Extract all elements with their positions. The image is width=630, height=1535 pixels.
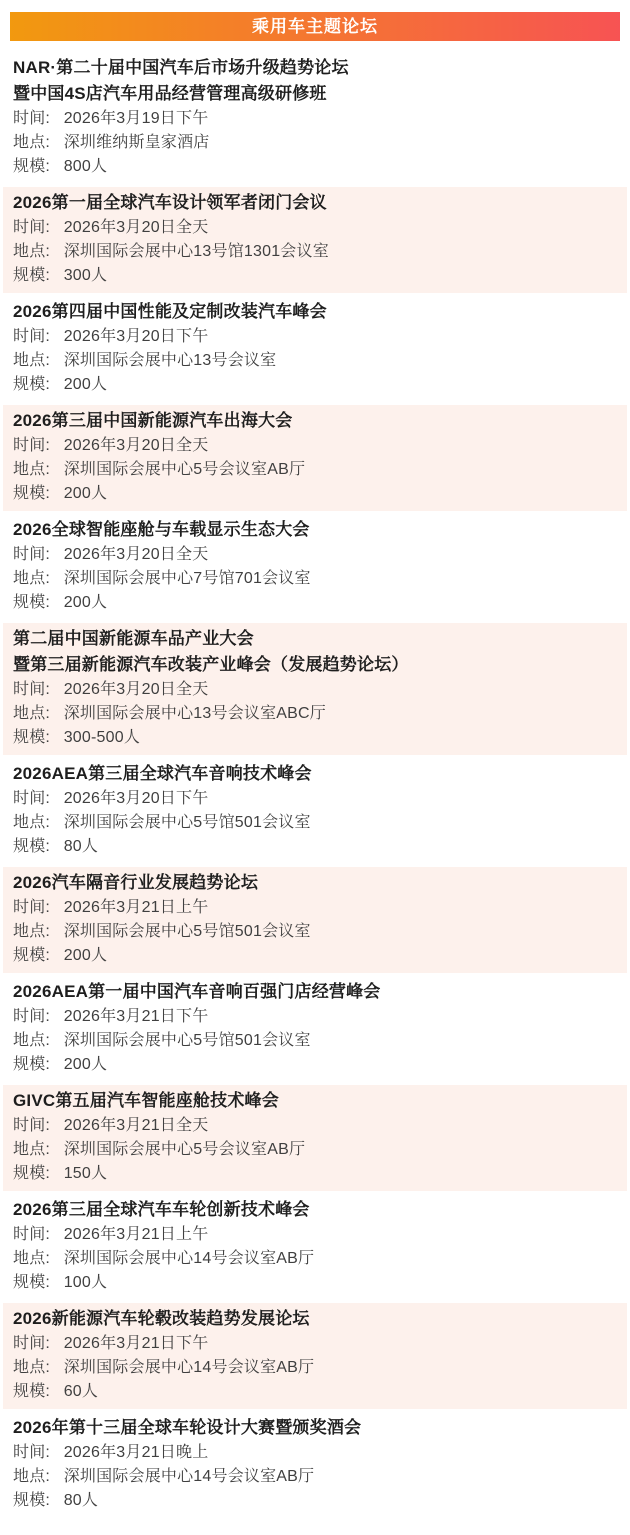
event-scale-row: 规模: 200人 xyxy=(13,482,617,506)
event-title-line: 2026第四届中国性能及定制改装汽车峰会 xyxy=(13,299,617,325)
event-location-row: 地点: 深圳国际会展中心13号馆1301会议室 xyxy=(13,240,617,264)
event-location-row: 地点: 深圳国际会展中心14号会议室AB厅 xyxy=(13,1465,617,1489)
location-label: 地点: xyxy=(13,1141,50,1158)
time-label: 时间: xyxy=(13,219,50,236)
event-location-row: 地点: 深圳国际会展中心14号会议室AB厅 xyxy=(13,1247,617,1271)
location-value: 深圳国际会展中心5号会议室AB厅 xyxy=(64,461,305,478)
event-time-row: 时间: 2026年3月19日下午 xyxy=(13,107,617,131)
time-value: 2026年3月21日上午 xyxy=(64,899,209,916)
location-label: 地点: xyxy=(13,1359,50,1376)
location-label: 地点: xyxy=(13,352,50,369)
event-scale-row: 规模: 200人 xyxy=(13,1053,617,1077)
event-location-row: 地点: 深圳维纳斯皇家酒店 xyxy=(13,131,617,155)
time-label: 时间: xyxy=(13,1008,50,1025)
time-label: 时间: xyxy=(13,1444,50,1461)
scale-label: 规模: xyxy=(13,594,50,611)
event-location-row: 地点: 深圳国际会展中心7号馆701会议室 xyxy=(13,567,617,591)
event-card: 2026年第十三届全球车轮设计大赛暨颁奖酒会 时间: 2026年3月21日晚上 … xyxy=(3,1412,627,1518)
location-value: 深圳国际会展中心5号馆501会议室 xyxy=(64,923,311,940)
event-scale-row: 规模: 300人 xyxy=(13,264,617,288)
location-label: 地点: xyxy=(13,134,50,151)
scale-label: 规模: xyxy=(13,1056,50,1073)
event-location-row: 地点: 深圳国际会展中心5号会议室AB厅 xyxy=(13,458,617,482)
time-value: 2026年3月20日下午 xyxy=(64,328,209,345)
scale-label: 规模: xyxy=(13,1165,50,1182)
event-card: NAR·第二十届中国汽车后市场升级趋势论坛暨中国4S店汽车用品经营管理高级研修班… xyxy=(3,52,627,184)
event-location-row: 地点: 深圳国际会展中心14号会议室AB厅 xyxy=(13,1356,617,1380)
event-title: 2026AEA第一届中国汽车音响百强门店经营峰会 xyxy=(13,979,617,1005)
event-card: 2026第三届全球汽车车轮创新技术峰会 时间: 2026年3月21日上午 地点:… xyxy=(3,1194,627,1300)
event-title: 2026第三届中国新能源汽车出海大会 xyxy=(13,408,617,434)
event-title-line: 2026汽车隔音行业发展趋势论坛 xyxy=(13,870,617,896)
time-value: 2026年3月20日下午 xyxy=(64,790,209,807)
event-scale-row: 规模: 200人 xyxy=(13,944,617,968)
scale-label: 规模: xyxy=(13,729,50,746)
event-card: 2026AEA第一届中国汽车音响百强门店经营峰会 时间: 2026年3月21日下… xyxy=(3,976,627,1082)
event-location-row: 地点: 深圳国际会展中心13号会议室ABC厅 xyxy=(13,702,617,726)
section-header-title: 乘用车主题论坛 xyxy=(252,17,378,36)
event-title: 2026AEA第三届全球汽车音响技术峰会 xyxy=(13,761,617,787)
event-time-row: 时间: 2026年3月21日下午 xyxy=(13,1332,617,1356)
location-value: 深圳国际会展中心14号会议室AB厅 xyxy=(64,1468,315,1485)
scale-label: 规模: xyxy=(13,1492,50,1509)
event-card: 2026第四届中国性能及定制改装汽车峰会 时间: 2026年3月20日下午 地点… xyxy=(3,296,627,402)
event-title: 2026第四届中国性能及定制改装汽车峰会 xyxy=(13,299,617,325)
time-value: 2026年3月21日全天 xyxy=(64,1117,209,1134)
event-title-line: 2026第三届全球汽车车轮创新技术峰会 xyxy=(13,1197,617,1223)
event-time-row: 时间: 2026年3月21日晚上 xyxy=(13,1441,617,1465)
scale-value: 150人 xyxy=(64,1165,108,1182)
event-time-row: 时间: 2026年3月21日上午 xyxy=(13,1223,617,1247)
event-title-line: 2026AEA第一届中国汽车音响百强门店经营峰会 xyxy=(13,979,617,1005)
location-value: 深圳国际会展中心5号馆501会议室 xyxy=(64,814,311,831)
scale-value: 800人 xyxy=(64,158,108,175)
event-time-row: 时间: 2026年3月20日全天 xyxy=(13,216,617,240)
event-title-line: NAR·第二十届中国汽车后市场升级趋势论坛 xyxy=(13,55,617,81)
event-time-row: 时间: 2026年3月21日全天 xyxy=(13,1114,617,1138)
event-time-row: 时间: 2026年3月20日下午 xyxy=(13,787,617,811)
event-title-line: 2026年第十三届全球车轮设计大赛暨颁奖酒会 xyxy=(13,1415,617,1441)
event-title: 2026年第十三届全球车轮设计大赛暨颁奖酒会 xyxy=(13,1415,617,1441)
location-label: 地点: xyxy=(13,1032,50,1049)
event-title-line: 2026AEA第三届全球汽车音响技术峰会 xyxy=(13,761,617,787)
scale-label: 规模: xyxy=(13,376,50,393)
location-value: 深圳维纳斯皇家酒店 xyxy=(64,134,210,151)
location-value: 深圳国际会展中心13号会议室 xyxy=(64,352,277,369)
section-header-banner: 乘用车主题论坛 xyxy=(10,12,620,41)
time-value: 2026年3月20日全天 xyxy=(64,681,209,698)
time-value: 2026年3月20日全天 xyxy=(64,219,209,236)
location-label: 地点: xyxy=(13,705,50,722)
time-value: 2026年3月21日上午 xyxy=(64,1226,209,1243)
event-time-row: 时间: 2026年3月20日全天 xyxy=(13,434,617,458)
event-title: 2026第一届全球汽车设计领军者闭门会议 xyxy=(13,190,617,216)
time-value: 2026年3月20日全天 xyxy=(64,437,209,454)
event-title-line: 暨中国4S店汽车用品经营管理高级研修班 xyxy=(13,81,617,107)
event-time-row: 时间: 2026年3月21日下午 xyxy=(13,1005,617,1029)
scale-label: 规模: xyxy=(13,1274,50,1291)
location-value: 深圳国际会展中心13号会议室ABC厅 xyxy=(64,705,326,722)
event-card: 2026第一届全球汽车设计领军者闭门会议 时间: 2026年3月20日全天 地点… xyxy=(3,187,627,293)
event-card: 2026第三届中国新能源汽车出海大会 时间: 2026年3月20日全天 地点: … xyxy=(3,405,627,511)
time-label: 时间: xyxy=(13,110,50,127)
event-time-row: 时间: 2026年3月21日上午 xyxy=(13,896,617,920)
event-location-row: 地点: 深圳国际会展中心5号馆501会议室 xyxy=(13,811,617,835)
event-scale-row: 规模: 200人 xyxy=(13,591,617,615)
time-label: 时间: xyxy=(13,1335,50,1352)
event-location-row: 地点: 深圳国际会展中心5号馆501会议室 xyxy=(13,920,617,944)
event-list: NAR·第二十届中国汽车后市场升级趋势论坛暨中国4S店汽车用品经营管理高级研修班… xyxy=(0,52,630,1518)
event-title: 2026新能源汽车轮毂改装趋势发展论坛 xyxy=(13,1306,617,1332)
time-label: 时间: xyxy=(13,437,50,454)
event-card: 2026全球智能座舱与车载显示生态大会 时间: 2026年3月20日全天 地点:… xyxy=(3,514,627,620)
scale-label: 规模: xyxy=(13,838,50,855)
location-value: 深圳国际会展中心14号会议室AB厅 xyxy=(64,1359,315,1376)
scale-label: 规模: xyxy=(13,267,50,284)
event-title: NAR·第二十届中国汽车后市场升级趋势论坛暨中国4S店汽车用品经营管理高级研修班 xyxy=(13,55,617,107)
time-label: 时间: xyxy=(13,546,50,563)
location-value: 深圳国际会展中心5号会议室AB厅 xyxy=(64,1141,305,1158)
event-scale-row: 规模: 150人 xyxy=(13,1162,617,1186)
location-value: 深圳国际会展中心13号馆1301会议室 xyxy=(64,243,329,260)
location-value: 深圳国际会展中心7号馆701会议室 xyxy=(64,570,311,587)
event-title-line: 第二届中国新能源车品产业大会 xyxy=(13,626,617,652)
event-location-row: 地点: 深圳国际会展中心5号馆501会议室 xyxy=(13,1029,617,1053)
location-label: 地点: xyxy=(13,923,50,940)
scale-label: 规模: xyxy=(13,158,50,175)
event-card: GIVC第五届汽车智能座舱技术峰会 时间: 2026年3月21日全天 地点: 深… xyxy=(3,1085,627,1191)
event-time-row: 时间: 2026年3月20日全天 xyxy=(13,543,617,567)
event-card: 2026汽车隔音行业发展趋势论坛 时间: 2026年3月21日上午 地点: 深圳… xyxy=(3,867,627,973)
scale-value: 200人 xyxy=(64,376,108,393)
scale-value: 80人 xyxy=(64,1492,98,1509)
scale-label: 规模: xyxy=(13,1383,50,1400)
event-title-line: 暨第三届新能源汽车改装产业峰会（发展趋势论坛） xyxy=(13,652,617,678)
location-label: 地点: xyxy=(13,1250,50,1267)
event-card: 2026新能源汽车轮毂改装趋势发展论坛 时间: 2026年3月21日下午 地点:… xyxy=(3,1303,627,1409)
location-label: 地点: xyxy=(13,814,50,831)
event-title-line: 2026第三届中国新能源汽车出海大会 xyxy=(13,408,617,434)
location-label: 地点: xyxy=(13,243,50,260)
time-label: 时间: xyxy=(13,328,50,345)
location-label: 地点: xyxy=(13,570,50,587)
event-title: 2026全球智能座舱与车载显示生态大会 xyxy=(13,517,617,543)
time-value: 2026年3月21日下午 xyxy=(64,1008,209,1025)
location-label: 地点: xyxy=(13,1468,50,1485)
time-label: 时间: xyxy=(13,1117,50,1134)
scale-label: 规模: xyxy=(13,485,50,502)
event-scale-row: 规模: 80人 xyxy=(13,1489,617,1513)
event-title: 2026第三届全球汽车车轮创新技术峰会 xyxy=(13,1197,617,1223)
scale-value: 300-500人 xyxy=(64,729,140,746)
event-title-line: 2026全球智能座舱与车载显示生态大会 xyxy=(13,517,617,543)
event-location-row: 地点: 深圳国际会展中心5号会议室AB厅 xyxy=(13,1138,617,1162)
time-label: 时间: xyxy=(13,1226,50,1243)
scale-label: 规模: xyxy=(13,947,50,964)
location-value: 深圳国际会展中心5号馆501会议室 xyxy=(64,1032,311,1049)
event-scale-row: 规模: 60人 xyxy=(13,1380,617,1404)
scale-value: 200人 xyxy=(64,947,108,964)
scale-value: 60人 xyxy=(64,1383,98,1400)
scale-value: 300人 xyxy=(64,267,108,284)
event-scale-row: 规模: 80人 xyxy=(13,835,617,859)
event-scale-row: 规模: 200人 xyxy=(13,373,617,397)
event-title: 第二届中国新能源车品产业大会暨第三届新能源汽车改装产业峰会（发展趋势论坛） xyxy=(13,626,617,678)
event-title-line: 2026新能源汽车轮毂改装趋势发展论坛 xyxy=(13,1306,617,1332)
event-card: 2026AEA第三届全球汽车音响技术峰会 时间: 2026年3月20日下午 地点… xyxy=(3,758,627,864)
location-label: 地点: xyxy=(13,461,50,478)
time-value: 2026年3月21日下午 xyxy=(64,1335,209,1352)
time-value: 2026年3月20日全天 xyxy=(64,546,209,563)
time-label: 时间: xyxy=(13,790,50,807)
time-value: 2026年3月21日晚上 xyxy=(64,1444,209,1461)
event-card: 第二届中国新能源车品产业大会暨第三届新能源汽车改装产业峰会（发展趋势论坛） 时间… xyxy=(3,623,627,755)
event-title: 2026汽车隔音行业发展趋势论坛 xyxy=(13,870,617,896)
time-label: 时间: xyxy=(13,899,50,916)
scale-value: 200人 xyxy=(64,485,108,502)
event-title-line: 2026第一届全球汽车设计领军者闭门会议 xyxy=(13,190,617,216)
scale-value: 200人 xyxy=(64,594,108,611)
time-value: 2026年3月19日下午 xyxy=(64,110,209,127)
event-title: GIVC第五届汽车智能座舱技术峰会 xyxy=(13,1088,617,1114)
event-location-row: 地点: 深圳国际会展中心13号会议室 xyxy=(13,349,617,373)
event-time-row: 时间: 2026年3月20日全天 xyxy=(13,678,617,702)
event-scale-row: 规模: 100人 xyxy=(13,1271,617,1295)
scale-value: 200人 xyxy=(64,1056,108,1073)
time-label: 时间: xyxy=(13,681,50,698)
forum-schedule-page: 乘用车主题论坛 NAR·第二十届中国汽车后市场升级趋势论坛暨中国4S店汽车用品经… xyxy=(0,0,630,1535)
scale-value: 80人 xyxy=(64,838,98,855)
event-scale-row: 规模: 300-500人 xyxy=(13,726,617,750)
event-time-row: 时间: 2026年3月20日下午 xyxy=(13,325,617,349)
event-scale-row: 规模: 800人 xyxy=(13,155,617,179)
scale-value: 100人 xyxy=(64,1274,108,1291)
event-title-line: GIVC第五届汽车智能座舱技术峰会 xyxy=(13,1088,617,1114)
location-value: 深圳国际会展中心14号会议室AB厅 xyxy=(64,1250,315,1267)
